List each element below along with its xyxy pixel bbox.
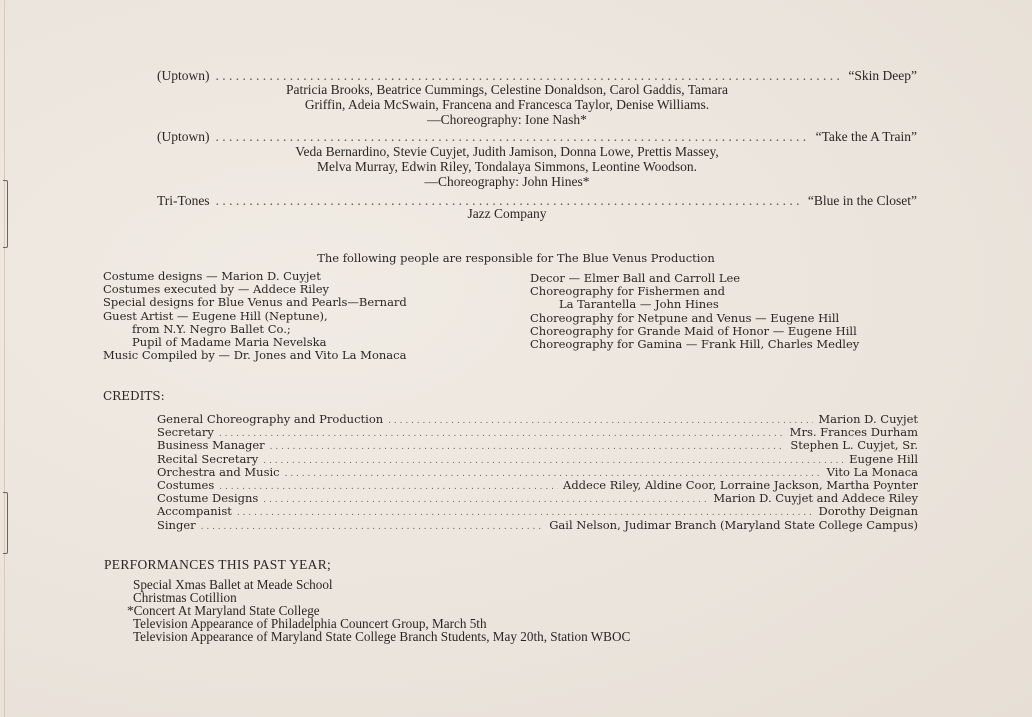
credits-list: General Choreography and ProductionMario… [157, 412, 918, 531]
dot-leader [388, 416, 813, 426]
performance-title: “Take the A Train” [816, 129, 917, 145]
dot-leader [216, 129, 810, 145]
performance-cast: Jazz Company [157, 206, 857, 221]
staple-top [3, 180, 8, 248]
production-credit: Guest Artist — Eugene Hill (Neptune), [103, 310, 407, 323]
credit-row: General Choreography and ProductionMario… [157, 412, 918, 425]
dot-leader [263, 495, 708, 505]
performance-row: (Uptown) “Take the A Train” [157, 129, 917, 145]
credit-name: Marion D. Cuyjet and Addece Riley [713, 491, 918, 505]
dot-leader [263, 456, 844, 466]
cast-line: Griffin, Adeia McSwain, Francena and Fra… [157, 97, 857, 112]
performance-cast: Veda Bernardino, Stevie Cuyjet, Judith J… [157, 144, 857, 189]
credit-role: Recital Secretary [157, 452, 258, 466]
performance-title: “Skin Deep” [848, 68, 917, 84]
credit-name: Stephen L. Cuyjet, Sr. [790, 438, 918, 452]
page-fold-edge [4, 0, 5, 717]
dot-leader [219, 482, 558, 492]
choreographer-credit: —Choreography: John Hines* [157, 174, 857, 189]
credit-row: SecretaryMrs. Frances Durham [157, 425, 918, 438]
dot-leader [270, 442, 786, 452]
performance-group: (Uptown) [157, 129, 210, 145]
credit-role: Business Manager [157, 438, 265, 452]
credit-name: Marion D. Cuyjet [818, 412, 918, 426]
credit-role: Secretary [157, 425, 214, 439]
credit-role: Orchestra and Music [157, 465, 280, 479]
choreographer-credit: —Choreography: Ione Nash* [157, 112, 857, 127]
credit-row: Costume DesignsMarion D. Cuyjet and Adde… [157, 491, 918, 504]
program-page: (Uptown) “Skin Deep” Patricia Brooks, Be… [0, 0, 1032, 717]
credit-row: Recital SecretaryEugene Hill [157, 452, 918, 465]
credit-name: Eugene Hill [849, 452, 918, 466]
production-right-column: Decor — Elmer Ball and Carroll Lee Chore… [530, 272, 859, 351]
credit-name: Dorothy Deignan [819, 504, 918, 518]
production-credit: Choreography for Gamina — Frank Hill, Ch… [530, 338, 859, 351]
production-credit: La Tarantella — John Hines [530, 298, 859, 311]
production-credit: Special designs for Blue Venus and Pearl… [103, 296, 407, 309]
cast-line: Veda Bernardino, Stevie Cuyjet, Judith J… [157, 144, 857, 159]
credit-name: Vito La Monaca [827, 465, 918, 479]
staple-bottom [3, 492, 8, 554]
production-credit: Choreography for Netpune and Venus — Eug… [530, 312, 859, 325]
production-left-column: Costume designs — Marion D. Cuyjet Costu… [103, 270, 407, 362]
credit-role: Singer [157, 518, 196, 532]
credit-role: Costume Designs [157, 491, 258, 505]
past-performance-item: Television Appearance of Maryland State … [133, 630, 630, 643]
credit-name: Mrs. Frances Durham [790, 425, 918, 439]
credit-row: SingerGail Nelson, Judimar Branch (Maryl… [157, 518, 918, 531]
credit-name: Gail Nelson, Judimar Branch (Maryland St… [549, 518, 918, 532]
performance-cast: Patricia Brooks, Beatrice Cummings, Cele… [157, 82, 857, 127]
dot-leader [219, 429, 785, 439]
cast-line: Patricia Brooks, Beatrice Cummings, Cele… [157, 82, 857, 97]
cast-line: Melva Murray, Edwin Riley, Tondalaya Sim… [157, 159, 857, 174]
credit-name: Addece Riley, Aldine Coor, Lorraine Jack… [563, 478, 918, 492]
credit-row: Business ManagerStephen L. Cuyjet, Sr. [157, 438, 918, 451]
credit-role: General Choreography and Production [157, 412, 383, 426]
credit-row: Orchestra and MusicVito La Monaca [157, 465, 918, 478]
credits-heading: CREDITS: [103, 389, 165, 403]
dot-leader [201, 522, 545, 532]
cast-line: Jazz Company [157, 206, 857, 221]
credit-role: Accompanist [157, 504, 232, 518]
past-performances-list: Special Xmas Ballet at Meade School Chri… [133, 578, 630, 643]
production-credit: Music Compiled by — Dr. Jones and Vito L… [103, 349, 407, 362]
credit-row: AccompanistDorothy Deignan [157, 504, 918, 517]
credit-row: CostumesAddece Riley, Aldine Coor, Lorra… [157, 478, 918, 491]
past-performances-heading: PERFORMANCES THIS PAST YEAR; [104, 557, 331, 573]
production-intro: The following people are responsible for… [0, 251, 1032, 265]
credit-role: Costumes [157, 478, 214, 492]
